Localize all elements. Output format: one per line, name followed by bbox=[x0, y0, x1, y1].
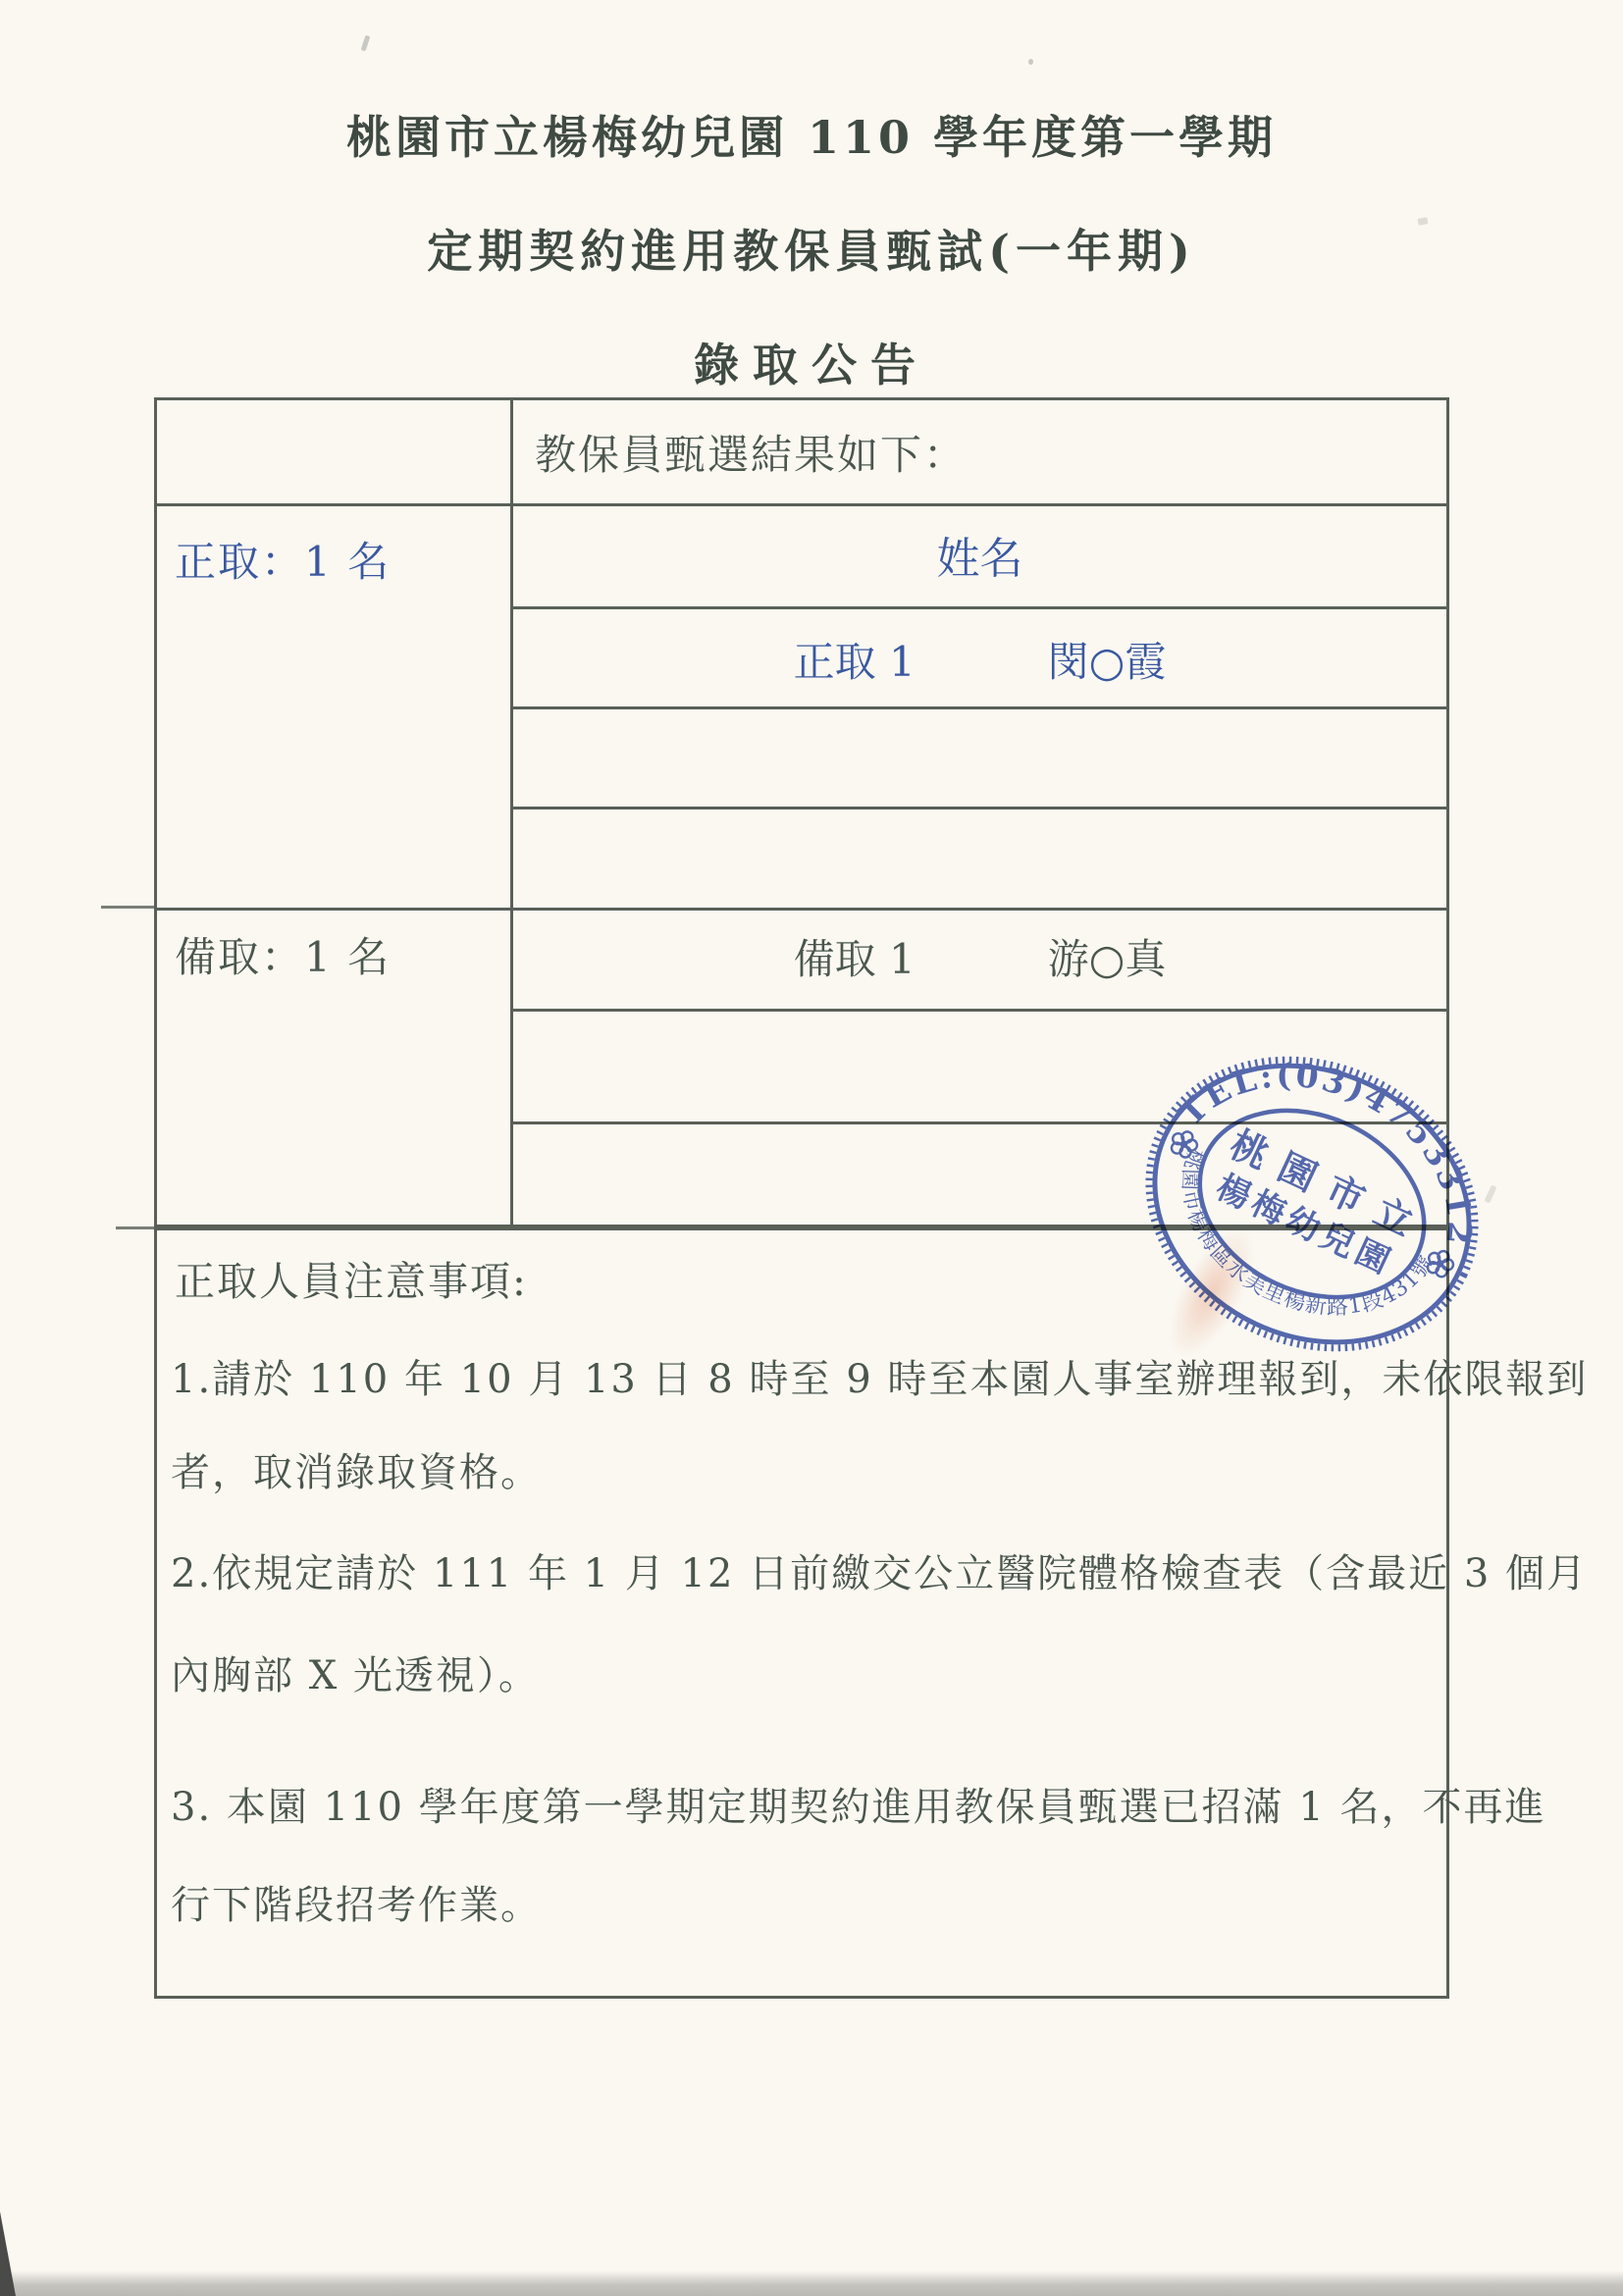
doc-title-line3: 錄取公告 bbox=[0, 330, 1623, 394]
alternate-entry-row: 備取 1 游○真 bbox=[513, 935, 1446, 984]
note-item1-line2: 者，取消錄取資格。 bbox=[171, 1449, 1433, 1496]
name-column-header: 姓名 bbox=[513, 535, 1446, 584]
document-page: 桃園市立楊梅幼兒園 110 學年度第一學期 定期契約進用教保員甄試(一年期) 錄… bbox=[0, 0, 1623, 2296]
scan-edge-shadow bbox=[0, 2270, 1623, 2296]
primary-entry-name: 閔○霞 bbox=[1048, 638, 1167, 687]
note-item2-line2: 內胸部 X 光透視）。 bbox=[171, 1652, 1433, 1699]
scan-speck bbox=[361, 35, 371, 52]
note-item3-line1: 3. 本園 110 學年度第一學期定期契約進用教保員甄選已招滿 1 名，不再進 bbox=[171, 1784, 1433, 1831]
scan-speck bbox=[1028, 59, 1033, 65]
doc-title-line2: 定期契約進用教保員甄試(一年期) bbox=[0, 216, 1623, 281]
official-stamp: TEL:(03)4753312 桃園市楊梅區水美里楊新路1段431號 桃園市立 … bbox=[1135, 1057, 1489, 1351]
table-row-line bbox=[513, 1009, 1446, 1012]
alternate-quota-label: 備取：1 名 bbox=[175, 933, 391, 982]
table-row-line bbox=[513, 606, 1446, 609]
primary-entry-rank: 正取 1 bbox=[794, 638, 916, 687]
alternate-entry-rank: 備取 1 bbox=[794, 935, 916, 984]
note-item3-line2: 行下階段招考作業。 bbox=[171, 1882, 1433, 1929]
table-row-line bbox=[513, 807, 1446, 809]
primary-quota-label: 正取：1 名 bbox=[175, 538, 391, 587]
scan-line-artifact bbox=[101, 906, 154, 909]
scan-line-artifact bbox=[116, 1226, 154, 1229]
note-item2-line1: 2.依規定請於 111 年 1 月 12 日前繳交公立醫院體格檢查表（含最近 3… bbox=[171, 1550, 1433, 1597]
doc-title-line1: 桃園市立楊梅幼兒園 110 學年度第一學期 bbox=[0, 102, 1623, 167]
table-row-line bbox=[157, 503, 1446, 506]
scan-corner-mark bbox=[0, 2212, 16, 2296]
primary-entry-row: 正取 1 閔○霞 bbox=[513, 638, 1446, 687]
note-item1-line1: 1.請於 110 年 10 月 13 日 8 時至 9 時至本園人事室辦理報到，… bbox=[171, 1356, 1433, 1403]
table-row-line bbox=[513, 706, 1446, 709]
alternate-entry-name: 游○真 bbox=[1048, 935, 1167, 984]
table-column-divider bbox=[510, 400, 513, 1225]
table-row-line bbox=[157, 908, 1446, 911]
table-intro-text: 教保員甄選結果如下： bbox=[535, 431, 967, 480]
